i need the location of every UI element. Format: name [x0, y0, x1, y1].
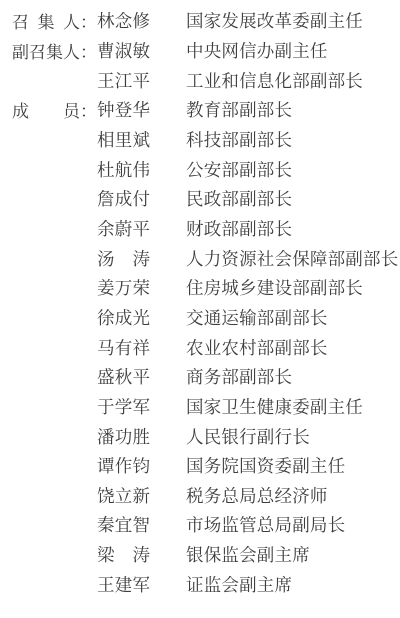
roster-row: 汤涛 人力资源社会保障部副部长: [12, 243, 400, 273]
member-name: 饶立新: [97, 483, 150, 508]
roster-row: 相里斌 科技部副部长: [12, 125, 400, 155]
roster-row: 秦宜智 市场监管总局副局长: [12, 510, 400, 540]
member-title: 人民银行副行长: [186, 424, 310, 449]
role-label: 副召集人: [12, 38, 80, 63]
member-name: 于学军: [97, 394, 150, 419]
roster-row: 召集人 ： 林念修 国家发展改革委副主任: [12, 6, 400, 36]
member-title: 民政部副部长: [186, 186, 292, 211]
roster-row: 杜航伟 公安部副部长: [12, 154, 400, 184]
member-title: 市场监管总局副局长: [186, 512, 345, 537]
member-title: 国务院国资委副主任: [186, 453, 345, 478]
roster-row: 余蔚平 财政部副部长: [12, 214, 400, 244]
roster-row: 盛秋平 商务部副部长: [12, 362, 400, 392]
member-name: 钟登华: [97, 97, 150, 122]
member-title: 住房城乡建设部副部长: [186, 275, 363, 300]
member-title: 国家卫生健康委副主任: [186, 394, 363, 419]
member-title: 交通运输部副部长: [186, 305, 328, 330]
roster-row: 徐成光 交通运输部副部长: [12, 303, 400, 333]
member-title: 农业农村部副部长: [186, 335, 328, 360]
roster-row: 谭作钧 国务院国资委副主任: [12, 451, 400, 481]
member-name: 林念修: [97, 8, 150, 33]
role-label-cell: 成员 ：: [12, 97, 97, 122]
member-title: 教育部副部长: [186, 97, 292, 122]
role-colon: ：: [80, 38, 97, 63]
roster-row: 姜万荣 住房城乡建设部副部长: [12, 273, 400, 303]
member-name: 曹淑敏: [97, 38, 150, 63]
role-label: 成员: [12, 97, 80, 122]
member-name: 余蔚平: [97, 216, 150, 241]
roster-row: 副召集人 ： 曹淑敏 中央网信办副主任: [12, 36, 400, 66]
member-title: 工业和信息化部副部长: [186, 68, 363, 93]
member-name: 谭作钧: [97, 453, 150, 478]
role-colon: ：: [80, 97, 97, 122]
role-label: 召集人: [12, 8, 80, 33]
member-title: 中央网信办副主任: [186, 38, 328, 63]
member-name: 潘功胜: [97, 424, 150, 449]
member-title: 商务部副部长: [186, 364, 292, 389]
role-label-cell: 召集人 ：: [12, 8, 97, 33]
roster-row: 马有祥 农业农村部副部长: [12, 332, 400, 362]
member-name: 杜航伟: [97, 157, 150, 182]
member-name: 姜万荣: [97, 275, 150, 300]
roster-row: 王江平 工业和信息化部副部长: [12, 65, 400, 95]
member-name: 王江平: [97, 68, 150, 93]
roster-row: 梁涛 银保监会副主席: [12, 540, 400, 570]
member-name: 王建军: [97, 572, 150, 597]
member-title: 科技部副部长: [186, 127, 292, 152]
roster-document: 召集人 ： 林念修 国家发展改革委副主任 副召集人 ： 曹淑敏 中央网信办副主任…: [0, 0, 400, 618]
roster-row: 詹成付 民政部副部长: [12, 184, 400, 214]
member-name: 盛秋平: [97, 364, 150, 389]
member-name: 詹成付: [97, 186, 150, 211]
member-name: 秦宜智: [97, 512, 150, 537]
roster-row: 王建军 证监会副主席: [12, 569, 400, 599]
member-title: 税务总局总经济师: [186, 483, 328, 508]
member-name: 马有祥: [97, 335, 150, 360]
member-title: 国家发展改革委副主任: [186, 8, 363, 33]
member-name: 梁涛: [97, 542, 150, 567]
roster-row: 成员 ： 钟登华 教育部副部长: [12, 95, 400, 125]
roster-row: 饶立新 税务总局总经济师: [12, 481, 400, 511]
roster-row: 于学军 国家卫生健康委副主任: [12, 392, 400, 422]
member-title: 证监会副主席: [186, 572, 292, 597]
member-title: 公安部副部长: [186, 157, 292, 182]
member-title: 财政部副部长: [186, 216, 292, 241]
role-label-cell: 副召集人 ：: [12, 38, 97, 63]
member-name: 徐成光: [97, 305, 150, 330]
roster-row: 潘功胜 人民银行副行长: [12, 421, 400, 451]
member-name: 相里斌: [97, 127, 150, 152]
member-name: 汤涛: [97, 246, 150, 271]
role-colon: ：: [80, 8, 97, 33]
roster-list: 召集人 ： 林念修 国家发展改革委副主任 副召集人 ： 曹淑敏 中央网信办副主任…: [12, 6, 400, 599]
member-title: 人力资源社会保障部副部长: [186, 246, 398, 271]
member-title: 银保监会副主席: [186, 542, 310, 567]
